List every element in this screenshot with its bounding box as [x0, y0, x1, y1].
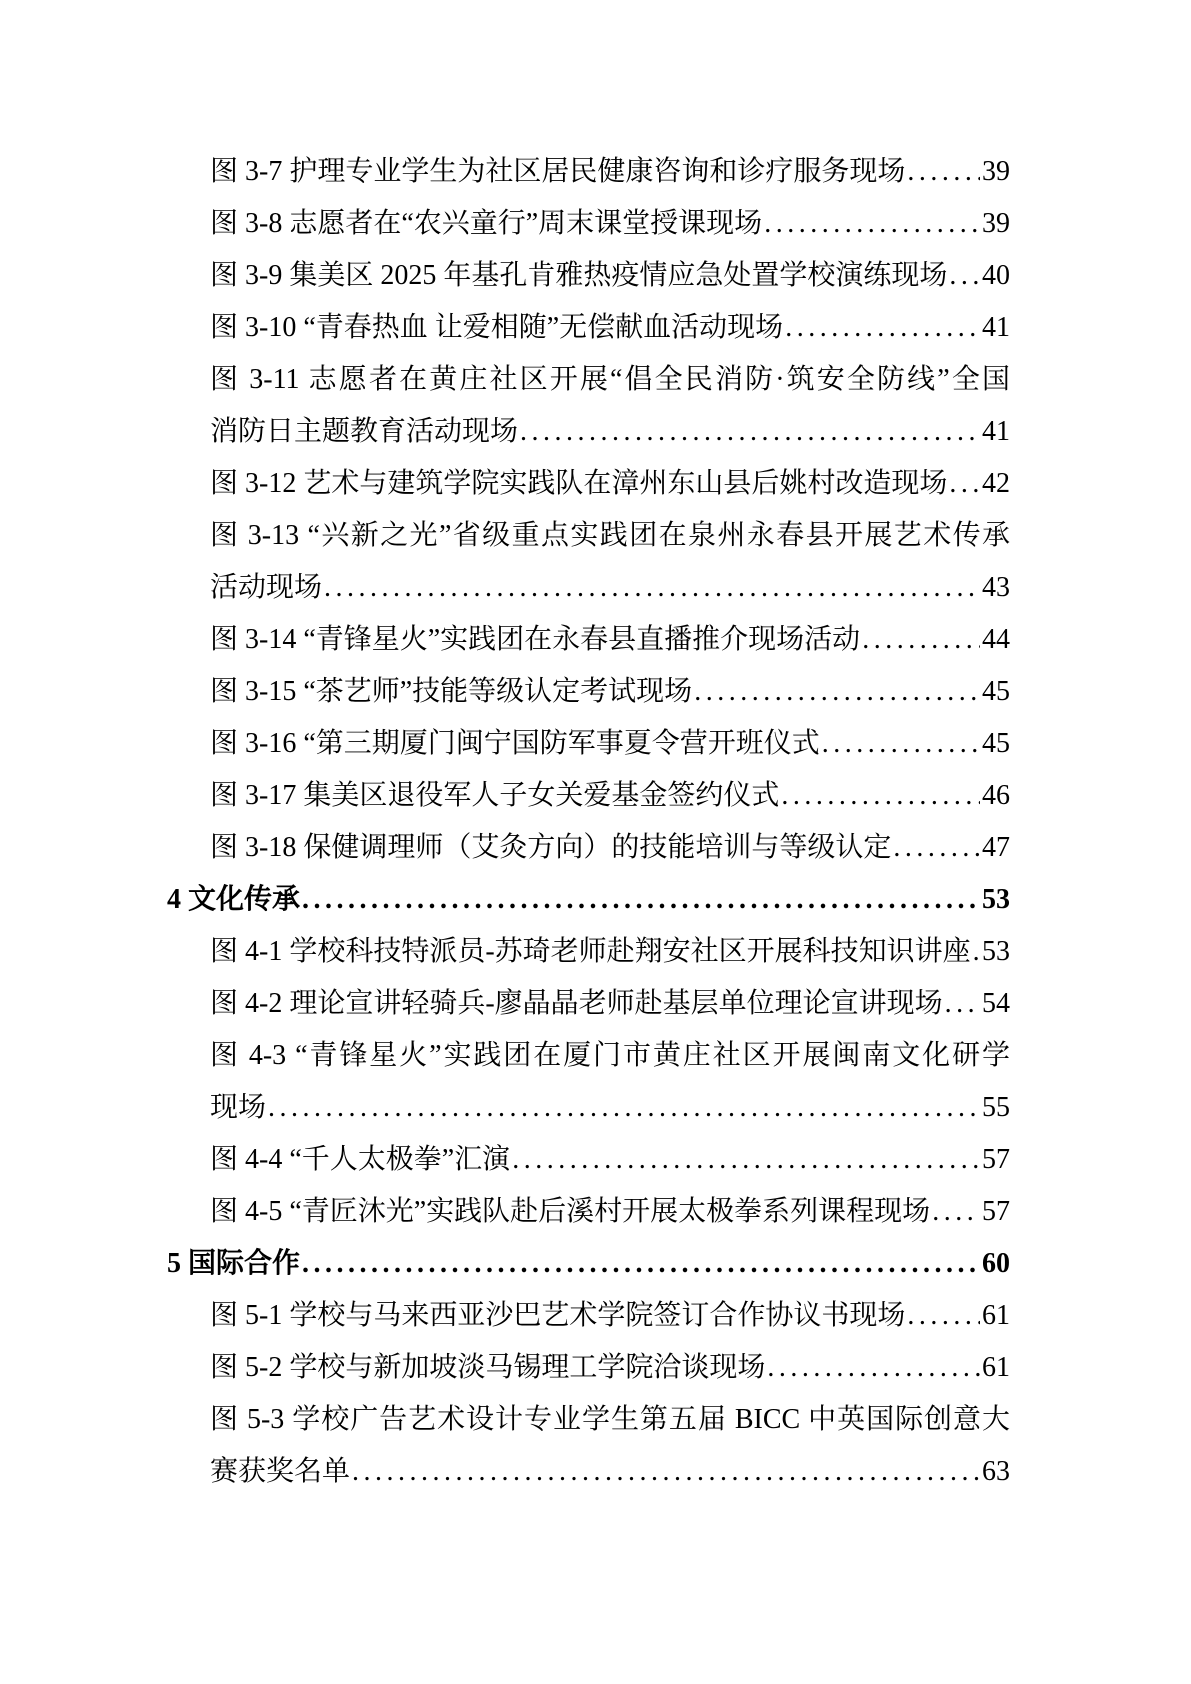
toc-entry[interactable]: 图 3-16 “第三期厦门闽宁国防军事夏令营开班仪式 45 — [167, 718, 1010, 770]
toc-entry-page: 45 — [982, 718, 1010, 770]
dot-leader — [352, 1446, 980, 1498]
toc-entry[interactable]: 图 4-3 “青锋星火”实践团在厦门市黄庄社区开展闽南文化研学 — [167, 1030, 1010, 1082]
toc-entry[interactable]: 图 5-3 学校广告艺术设计专业学生第五届 BICC 中英国际创意大 — [167, 1394, 1010, 1446]
toc-entry-page: 43 — [982, 562, 1010, 614]
dot-leader — [268, 1082, 980, 1134]
toc-entry-page: 41 — [982, 302, 1010, 354]
toc-entry-label: 图 3-7 护理专业学生为社区居民健康咨询和诊疗服务现场 — [210, 146, 905, 198]
dot-leader — [932, 1186, 980, 1238]
dot-leader — [694, 666, 980, 718]
toc-entry-label: 图 3-16 “第三期厦门闽宁国防军事夏令营开班仪式 — [210, 718, 820, 770]
dot-leader — [893, 822, 980, 874]
toc-entry[interactable]: 赛获奖名单 63 — [167, 1446, 1010, 1498]
toc-entry[interactable]: 图 3-14 “青锋星火”实践团在永春县直播推介现场活动 44 — [167, 614, 1010, 666]
toc-entry-label: 图 4-5 “青匠沐光”实践队赴后溪村开展太极拳系列课程现场 — [210, 1186, 930, 1238]
dot-leader — [862, 614, 980, 666]
toc-entry-page: 45 — [982, 666, 1010, 718]
dot-leader — [907, 1290, 980, 1342]
dot-leader — [907, 146, 980, 198]
toc-entry-page: 40 — [982, 250, 1010, 302]
toc-entry[interactable]: 现场 55 — [167, 1082, 1010, 1134]
dot-leader — [785, 302, 980, 354]
toc-entry-label: 消防日主题教育活动现场 — [210, 406, 518, 458]
toc-entry-page: 61 — [982, 1290, 1010, 1342]
toc-entry-page: 39 — [982, 198, 1010, 250]
toc-entry[interactable]: 图 3-13 “兴新之光”省级重点实践团在泉州永春县开展艺术传承 — [167, 510, 1010, 562]
toc-entry[interactable]: 图 3-15 “茶艺师”技能等级认定考试现场 45 — [167, 666, 1010, 718]
toc-entry-label: 活动现场 — [210, 562, 322, 614]
dot-leader — [949, 458, 980, 510]
toc-entry[interactable]: 图 3-9 集美区 2025 年基孔肯雅热疫情应急处置学校演练现场 40 — [167, 250, 1010, 302]
dot-leader — [764, 198, 980, 250]
toc-entry-page: 53 — [982, 926, 1010, 978]
toc-entry-page: 39 — [982, 146, 1010, 198]
toc-entry-page: 47 — [982, 822, 1010, 874]
toc-entry[interactable]: 图 4-1 学校科技特派员-苏琦老师赴翔安社区开展科技知识讲座 53 — [167, 926, 1010, 978]
toc-entry-page: 54 — [982, 978, 1010, 1030]
toc-entry[interactable]: 图 3-7 护理专业学生为社区居民健康咨询和诊疗服务现场 39 — [167, 146, 1010, 198]
toc-entry-label: 5 国际合作 — [167, 1238, 300, 1290]
toc-entry[interactable]: 图 3-12 艺术与建筑学院实践队在漳州东山县后姚村改造现场 42 — [167, 458, 1010, 510]
toc-entry-label: 图 5-1 学校与马来西亚沙巴艺术学院签订合作协议书现场 — [210, 1290, 905, 1342]
toc-entry-page: 61 — [982, 1342, 1010, 1394]
dot-leader — [822, 718, 980, 770]
toc-entry-label: 图 3-12 艺术与建筑学院实践队在漳州东山县后姚村改造现场 — [210, 458, 947, 510]
toc-entry-page: 44 — [982, 614, 1010, 666]
toc-entry-label: 4 文化传承 — [167, 874, 300, 926]
dot-leader — [945, 978, 980, 1030]
toc-entry-label: 图 5-3 学校广告艺术设计专业学生第五届 BICC 中英国际创意大 — [210, 1404, 1010, 1435]
toc-entry-page: 55 — [982, 1082, 1010, 1134]
toc-entry-label: 图 3-18 保健调理师（艾灸方向）的技能培训与等级认定 — [210, 822, 891, 874]
toc-entry[interactable]: 图 4-5 “青匠沐光”实践队赴后溪村开展太极拳系列课程现场 57 — [167, 1186, 1010, 1238]
toc-entry-label: 图 3-15 “茶艺师”技能等级认定考试现场 — [210, 666, 692, 718]
toc-entry-page: 42 — [982, 458, 1010, 510]
toc-entry-label: 图 3-8 志愿者在“农兴童行”周末课堂授课现场 — [210, 198, 762, 250]
dot-leader — [302, 874, 980, 926]
toc-entry-label: 图 4-4 “千人太极拳”汇演 — [210, 1134, 510, 1186]
toc-entry[interactable]: 图 3-18 保健调理师（艾灸方向）的技能培训与等级认定 47 — [167, 822, 1010, 874]
toc-entry-label: 图 5-2 学校与新加坡淡马锡理工学院洽谈现场 — [210, 1342, 765, 1394]
document-page: 图 3-7 护理专业学生为社区居民健康咨询和诊疗服务现场 39 图 3-8 志愿… — [0, 0, 1191, 1684]
toc-entry-label: 图 3-17 集美区退役军人子女关爱基金签约仪式 — [210, 770, 779, 822]
dot-leader — [973, 926, 980, 978]
toc-entry[interactable]: 图 5-2 学校与新加坡淡马锡理工学院洽谈现场 61 — [167, 1342, 1010, 1394]
toc-entry[interactable]: 图 4-4 “千人太极拳”汇演 57 — [167, 1134, 1010, 1186]
toc-entry[interactable]: 活动现场 43 — [167, 562, 1010, 614]
toc-entry-label: 现场 — [210, 1082, 266, 1134]
toc-entry[interactable]: 消防日主题教育活动现场 41 — [167, 406, 1010, 458]
dot-leader — [949, 250, 980, 302]
toc-entry-page: 60 — [982, 1238, 1010, 1290]
toc-entry-label: 图 3-10 “青春热血 让爱相随”无偿献血活动现场 — [210, 302, 783, 354]
toc-entry[interactable]: 图 3-10 “青春热血 让爱相随”无偿献血活动现场 41 — [167, 302, 1010, 354]
dot-leader — [302, 1238, 980, 1290]
toc-entry[interactable]: 5 国际合作 60 — [167, 1238, 1010, 1290]
toc-entry-label: 图 4-3 “青锋星火”实践团在厦门市黄庄社区开展闽南文化研学 — [210, 1040, 1010, 1071]
toc-entry-page: 63 — [982, 1446, 1010, 1498]
toc-entry-label: 图 4-1 学校科技特派员-苏琦老师赴翔安社区开展科技知识讲座 — [210, 926, 971, 978]
toc-entry-page: 57 — [982, 1186, 1010, 1238]
dot-leader — [512, 1134, 980, 1186]
dot-leader — [324, 562, 980, 614]
toc-entry-page: 57 — [982, 1134, 1010, 1186]
toc-entry-page: 46 — [982, 770, 1010, 822]
toc-entry-page: 41 — [982, 406, 1010, 458]
toc-entry-label: 赛获奖名单 — [210, 1446, 350, 1498]
toc-entry[interactable]: 图 3-8 志愿者在“农兴童行”周末课堂授课现场 39 — [167, 198, 1010, 250]
toc-entry[interactable]: 图 4-2 理论宣讲轻骑兵-廖晶晶老师赴基层单位理论宣讲现场 54 — [167, 978, 1010, 1030]
dot-leader — [520, 406, 980, 458]
toc-entry[interactable]: 4 文化传承 53 — [167, 874, 1010, 926]
dot-leader — [781, 770, 980, 822]
dot-leader — [767, 1342, 980, 1394]
toc-entry-page: 53 — [982, 874, 1010, 926]
toc-entry-label: 图 3-11 志愿者在黄庄社区开展“倡全民消防·筑安全防线”全国 — [210, 364, 1010, 395]
toc-entry[interactable]: 图 3-17 集美区退役军人子女关爱基金签约仪式 46 — [167, 770, 1010, 822]
toc-entry-label: 图 4-2 理论宣讲轻骑兵-廖晶晶老师赴基层单位理论宣讲现场 — [210, 978, 943, 1030]
toc-entry[interactable]: 图 5-1 学校与马来西亚沙巴艺术学院签订合作协议书现场 61 — [167, 1290, 1010, 1342]
toc-entry-label: 图 3-14 “青锋星火”实践团在永春县直播推介现场活动 — [210, 614, 860, 666]
toc-entry-label: 图 3-9 集美区 2025 年基孔肯雅热疫情应急处置学校演练现场 — [210, 250, 947, 302]
toc-list: 图 3-7 护理专业学生为社区居民健康咨询和诊疗服务现场 39 图 3-8 志愿… — [167, 146, 1010, 1498]
toc-entry[interactable]: 图 3-11 志愿者在黄庄社区开展“倡全民消防·筑安全防线”全国 — [167, 354, 1010, 406]
toc-entry-label: 图 3-13 “兴新之光”省级重点实践团在泉州永春县开展艺术传承 — [210, 520, 1010, 551]
